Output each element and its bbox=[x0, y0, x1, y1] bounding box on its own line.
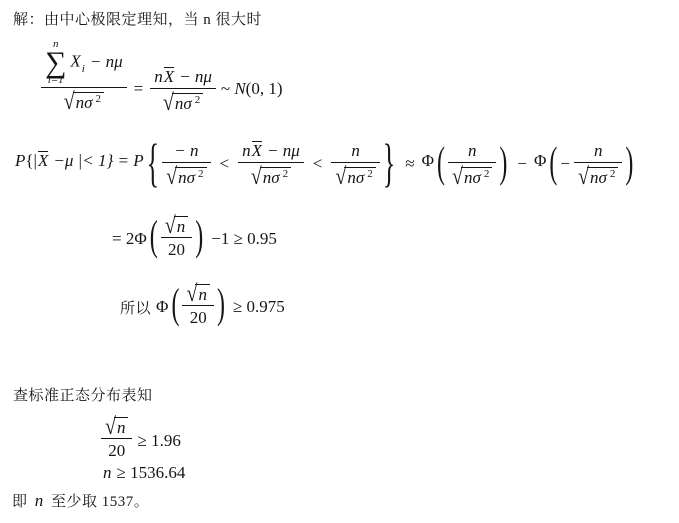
x-bar: X bbox=[38, 151, 48, 170]
sigma-glyph: ∑ bbox=[45, 50, 66, 76]
phi-function: Φ bbox=[534, 151, 546, 171]
subscript-i: i bbox=[82, 63, 85, 75]
fraction-phi-neg-arg: n √nσ2 bbox=[574, 141, 622, 188]
formula-n-bound: n ≥ 1536.64 bbox=[103, 461, 185, 485]
fraction-pos-n: n √nσ2 bbox=[331, 141, 379, 188]
fraction-phi-arg: n √nσ2 bbox=[448, 141, 496, 188]
radical-sign: √ bbox=[105, 415, 116, 439]
less-than-sign: < bbox=[220, 154, 230, 174]
conclusion-tail: 至少取 1537。 bbox=[51, 494, 149, 510]
right-paren: ) bbox=[195, 216, 203, 258]
left-paren: ( bbox=[549, 142, 557, 185]
fraction-sum-denominator: √ nσ2 bbox=[41, 88, 127, 113]
less-than-sign: < bbox=[313, 154, 323, 174]
radical-sign: √ bbox=[452, 165, 463, 189]
var-n: n bbox=[35, 491, 44, 510]
normal-args: (0, 1) bbox=[246, 79, 283, 98]
num-tail: − nμ bbox=[90, 52, 123, 71]
intro-text: 解：由中心极限定理知，当 n 很大时 bbox=[13, 8, 262, 29]
fraction-sum-numerator: n ∑ i=1 Xi− nμ bbox=[41, 39, 127, 89]
right-paren: ) bbox=[625, 142, 633, 185]
formula-probability: P{|X−μ |< 1} = P { − n √nσ2 < nX− nμ √nσ… bbox=[15, 134, 636, 194]
fraction-sum: n ∑ i=1 Xi− nμ √ nσ2 bbox=[41, 39, 127, 113]
radical-sign: √ bbox=[578, 165, 589, 189]
x-bar: X bbox=[252, 141, 262, 160]
fraction-sqrtn-20: √n 20 bbox=[161, 214, 192, 261]
radicand: nσ2 bbox=[73, 92, 104, 113]
conclusion-head: 即 bbox=[12, 494, 28, 510]
phi-function: Φ bbox=[422, 151, 434, 171]
minus-sign: − bbox=[560, 154, 570, 174]
x-bar: X bbox=[164, 67, 174, 86]
fraction-neg-n: − n √nσ2 bbox=[162, 141, 210, 188]
left-brace: { bbox=[147, 137, 159, 190]
radicand: nσ2 bbox=[172, 93, 203, 114]
sum-symbol: n ∑ i=1 bbox=[45, 39, 66, 87]
var-X: X bbox=[70, 52, 80, 71]
formula-clt-standardization: n ∑ i=1 Xi− nμ √ nσ2 = nX− nμ √ nσ2 bbox=[41, 51, 282, 127]
sum-lower-limit: i=1 bbox=[48, 75, 64, 86]
equals-sign: = bbox=[134, 79, 144, 99]
fraction-nxbar: nX− nμ √ nσ2 bbox=[150, 67, 216, 114]
right-paren: ) bbox=[499, 142, 507, 185]
right-brace: } bbox=[383, 137, 395, 190]
var-n: n bbox=[103, 463, 112, 483]
distribution-statement: ~ N(0, 1) bbox=[221, 79, 283, 99]
formula-therefore-phi: 所以 Φ ( √n 20 ) ≥ 0.975 bbox=[120, 277, 285, 333]
probability-lhs: P{|X−μ |< 1} = P bbox=[15, 151, 144, 171]
approx-sign: ≈ bbox=[405, 154, 414, 174]
therefore-text: 所以 bbox=[120, 297, 151, 318]
phi-function: Φ bbox=[156, 297, 168, 317]
equation-tail: −1 ≥ 0.95 bbox=[211, 229, 277, 249]
left-paren: ( bbox=[437, 142, 445, 185]
radical-sign: √ bbox=[186, 282, 197, 306]
lookup-table-text: 查标准正态分布表知 bbox=[13, 384, 153, 405]
conclusion-line: 即 n 至少取 1537。 bbox=[12, 490, 149, 511]
minus-sign: − bbox=[517, 154, 527, 174]
fraction-sqrtn-20: √n 20 bbox=[101, 415, 132, 462]
formula-two-phi: = 2Φ ( √n 20 ) −1 ≥ 0.95 bbox=[112, 209, 277, 265]
left-paren: ( bbox=[150, 216, 158, 258]
left-paren: ( bbox=[171, 284, 179, 326]
radical-sign: √ bbox=[165, 214, 176, 238]
tilde-sign: ~ bbox=[221, 79, 230, 98]
right-paren: ) bbox=[217, 284, 225, 326]
normal-N: N bbox=[234, 79, 245, 98]
radical-sign: √ bbox=[163, 91, 174, 115]
radical-sign: √ bbox=[251, 165, 262, 189]
formula-sqrtn-bound: √n 20 ≥ 1.96 bbox=[101, 415, 181, 461]
equation-head: = 2Φ bbox=[112, 229, 147, 249]
radical-sign: √ bbox=[166, 165, 177, 189]
inequality-value: ≥ 1536.64 bbox=[117, 463, 186, 483]
solution-document: 解：由中心极限定理知，当 n 很大时 n ∑ i=1 Xi− nμ √ nσ2 … bbox=[0, 0, 679, 523]
fraction-nxbar-middle: nX− nμ √nσ2 bbox=[238, 141, 304, 188]
sqrt-n-sigma: √ nσ2 bbox=[64, 90, 104, 113]
radical-sign: √ bbox=[335, 165, 346, 189]
fraction-nxbar-denominator: √ nσ2 bbox=[150, 89, 216, 114]
fraction-sqrtn-20: √n 20 bbox=[182, 282, 213, 329]
inequality-tail: ≥ 0.975 bbox=[233, 297, 285, 317]
fraction-nxbar-numerator: nX− nμ bbox=[150, 67, 216, 89]
sqrt-n-sigma: √ nσ2 bbox=[163, 91, 203, 114]
radical-sign: √ bbox=[64, 90, 75, 114]
inequality-tail: ≥ 1.96 bbox=[137, 431, 180, 451]
